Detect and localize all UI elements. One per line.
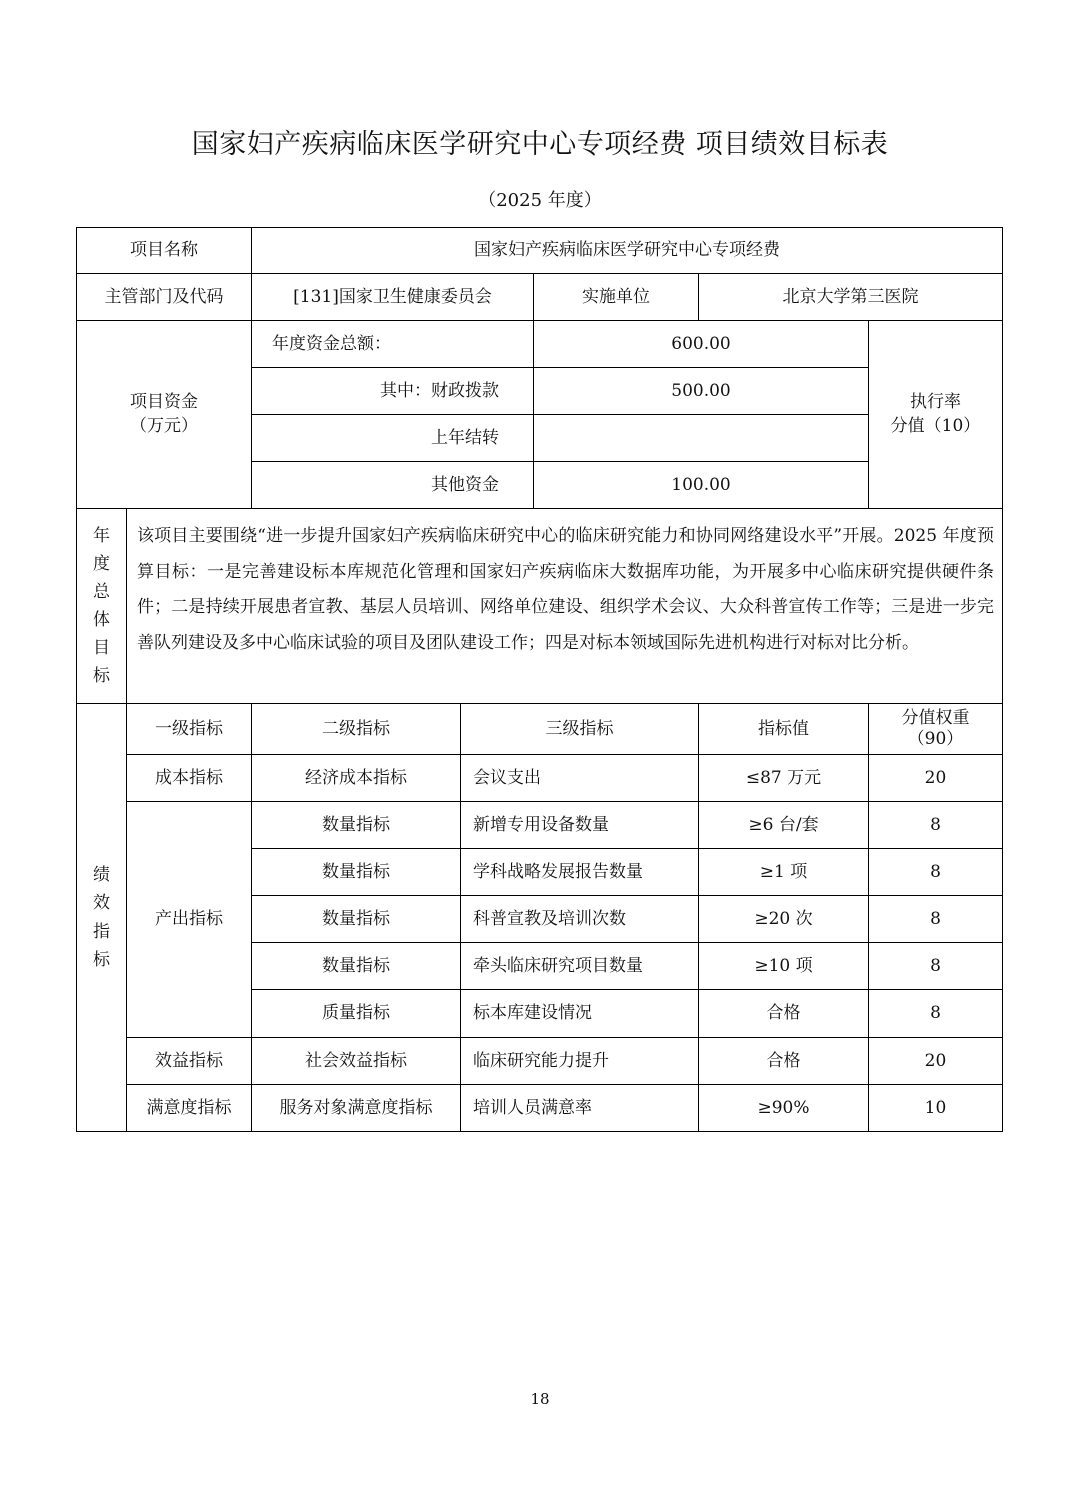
row-weight: 20 <box>868 1037 1003 1085</box>
dept-value: [131]国家卫生健康委员会 <box>251 273 534 321</box>
row-value: ≥10 项 <box>698 942 869 990</box>
exec-rate-cell: 执行率 分值（10） <box>868 320 1003 509</box>
row-value: 合格 <box>698 1037 869 1085</box>
row-level3: 会议支出 <box>460 754 699 802</box>
row-level2: 经济成本指标 <box>251 754 461 802</box>
row-level2: 数量指标 <box>251 942 461 990</box>
funding-label: 项目资金 （万元） <box>76 320 252 509</box>
funding-label-line1: 项目资金 <box>130 391 198 415</box>
row-weight: 8 <box>868 801 1003 849</box>
indicators-label-char: 绩 <box>93 861 110 889</box>
funding-row-value: 500.00 <box>533 367 869 415</box>
goal-label-char: 总 <box>93 578 110 606</box>
row-value: ≤87 万元 <box>698 754 869 802</box>
indicators-label-char: 指 <box>93 918 110 946</box>
row-level3: 牵头临床研究项目数量 <box>460 942 699 990</box>
group-cost: 成本指标 <box>126 754 252 802</box>
row-value: 合格 <box>698 989 869 1038</box>
row-value: ≥90% <box>698 1084 869 1132</box>
row-level3: 标本库建设情况 <box>460 989 699 1038</box>
funding-row-value: 100.00 <box>533 461 869 509</box>
exec-rate-line2: 分值（10） <box>891 415 981 439</box>
header-weight-line1: 分值权重 <box>902 708 970 729</box>
group-output: 产出指标 <box>126 801 252 1038</box>
row-level2: 服务对象满意度指标 <box>251 1084 461 1132</box>
funding-row-label: 上年结转 <box>251 414 534 462</box>
header-level3: 三级指标 <box>460 703 699 755</box>
row-level3: 培训人员满意率 <box>460 1084 699 1132</box>
funding-row-label: 其他资金 <box>251 461 534 509</box>
dept-label: 主管部门及代码 <box>76 273 252 321</box>
row-level2: 数量指标 <box>251 848 461 896</box>
goal-label-char: 度 <box>93 550 110 578</box>
unit-label: 实施单位 <box>533 273 699 321</box>
row-value: ≥6 台/套 <box>698 801 869 849</box>
row-level3: 临床研究能力提升 <box>460 1037 699 1085</box>
funding-row-value <box>533 414 869 462</box>
row-value: ≥20 次 <box>698 895 869 943</box>
funding-label-line2: （万元） <box>130 415 198 439</box>
group-satisfaction: 满意度指标 <box>126 1084 252 1132</box>
row-level2: 社会效益指标 <box>251 1037 461 1085</box>
row-weight: 10 <box>868 1084 1003 1132</box>
page-title: 国家妇产疾病临床医学研究中心专项经费 项目绩效目标表 <box>0 122 1080 161</box>
row-weight: 20 <box>868 754 1003 802</box>
year-subtitle: （2025 年度） <box>0 186 1080 212</box>
goal-text: 该项目主要围绕“进一步提升国家妇产疾病临床研究中心的临床研究能力和协同网络建设水… <box>126 508 1003 704</box>
goal-label: 年 度 总 体 目 标 <box>76 508 127 704</box>
row-weight: 8 <box>868 895 1003 943</box>
project-name-value: 国家妇产疾病临床医学研究中心专项经费 <box>251 227 1003 274</box>
page-number: 18 <box>0 1390 1080 1408</box>
row-weight: 8 <box>868 848 1003 896</box>
row-level2: 质量指标 <box>251 989 461 1038</box>
group-benefit: 效益指标 <box>126 1037 252 1085</box>
goal-label-char: 体 <box>93 606 110 634</box>
funding-row-label: 其中：财政拨款 <box>251 367 534 415</box>
funding-row-label: 年度资金总额： <box>251 320 534 368</box>
unit-value: 北京大学第三医院 <box>698 273 1003 321</box>
goal-label-char: 标 <box>93 662 110 690</box>
exec-rate-line1: 执行率 <box>910 391 961 415</box>
header-weight-line2: （90） <box>908 729 964 750</box>
indicators-label-char: 效 <box>93 889 110 917</box>
funding-row-value: 600.00 <box>533 320 869 368</box>
row-value: ≥1 项 <box>698 848 869 896</box>
goal-label-char: 年 <box>93 522 110 550</box>
row-weight: 8 <box>868 989 1003 1038</box>
header-level2: 二级指标 <box>251 703 461 755</box>
header-weight: 分值权重 （90） <box>868 703 1003 755</box>
row-level2: 数量指标 <box>251 801 461 849</box>
row-level3: 科普宣教及培训次数 <box>460 895 699 943</box>
goal-label-char: 目 <box>93 634 110 662</box>
indicators-label-char: 标 <box>93 946 110 974</box>
project-name-label: 项目名称 <box>76 227 252 274</box>
row-level3: 新增专用设备数量 <box>460 801 699 849</box>
header-value: 指标值 <box>698 703 869 755</box>
row-level2: 数量指标 <box>251 895 461 943</box>
row-weight: 8 <box>868 942 1003 990</box>
indicators-label: 绩 效 指 标 <box>76 703 127 1132</box>
header-level1: 一级指标 <box>126 703 252 755</box>
row-level3: 学科战略发展报告数量 <box>460 848 699 896</box>
